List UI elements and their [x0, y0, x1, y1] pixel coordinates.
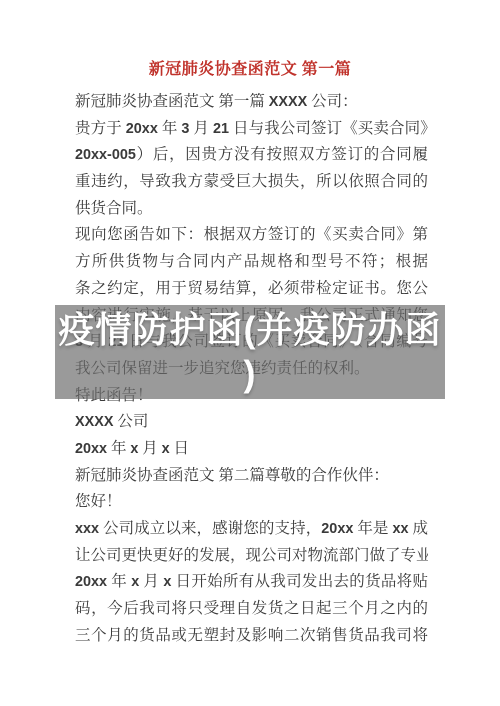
document-title: 新冠肺炎协查函范文 第一篇 [0, 60, 500, 79]
body-line: XXXX 公司 [75, 409, 428, 436]
body-line: 贵方于 20xx 年 3 月 21 日与我公司签订《买卖合同》（合同编号 [75, 116, 428, 143]
body-line: 新冠肺炎协查函范文 第二篇尊敬的合作伙伴： [75, 463, 428, 490]
body-line: 您好！ [75, 489, 428, 516]
body-line: 供货合同。 [75, 196, 428, 223]
body-line: 20xx 年 x 月 x 日开始所有从我司发出去的货品将贴上我司专属条形 [75, 569, 428, 596]
body-line: 新冠肺炎协查函范文 第一篇 XXXX 公司： [75, 89, 428, 116]
body-line: 码，今后我司将只受理自发货之日起三个月之内的退换货品，超过 [75, 596, 428, 623]
body-line: 20xx-005）后，因贵方没有按照双方签订的合同履行合同内容，严 [75, 142, 428, 169]
document-page: 新冠肺炎协查函范文 第一篇 新冠肺炎协查函范文 第一篇 XXXX 公司：贵方于 … [0, 0, 500, 706]
body-line: 20xx 年 x 月 x 日 [75, 436, 428, 463]
body-line: 三个月的货品或无塑封及影响二次销售货品我司将不予接受调换或 [75, 623, 428, 650]
body-line: xxx 公司成立以来，感谢您的支持，20xx 年是 xx 成立五周年，为了 [75, 516, 428, 543]
overlay-title-line1: 疫情防护函(并疫防办函 [59, 308, 442, 352]
body-line: 方所供货物与合同内产品规格和型号不符；根据《买卖合同》第二 [75, 249, 428, 276]
watermark-overlay: 疫情防护函(并疫防办函 ) [55, 305, 445, 399]
body-line: 重违约，导致我方蒙受巨大损失，所以依照合同的约定，提前终止 [75, 169, 428, 196]
body-line: 让公司更快更好的发展，现公司对物流部门做了专业调整。 [75, 543, 428, 570]
body-line: 现向您函告如下：根据双方签订的《买卖合同》第一条之约定，买 [75, 222, 428, 249]
body-line: 条之约定，用于贸易结算，必须带检定证书。您公司并未按照合同 [75, 276, 428, 303]
overlay-title-line2: ) [244, 352, 257, 396]
